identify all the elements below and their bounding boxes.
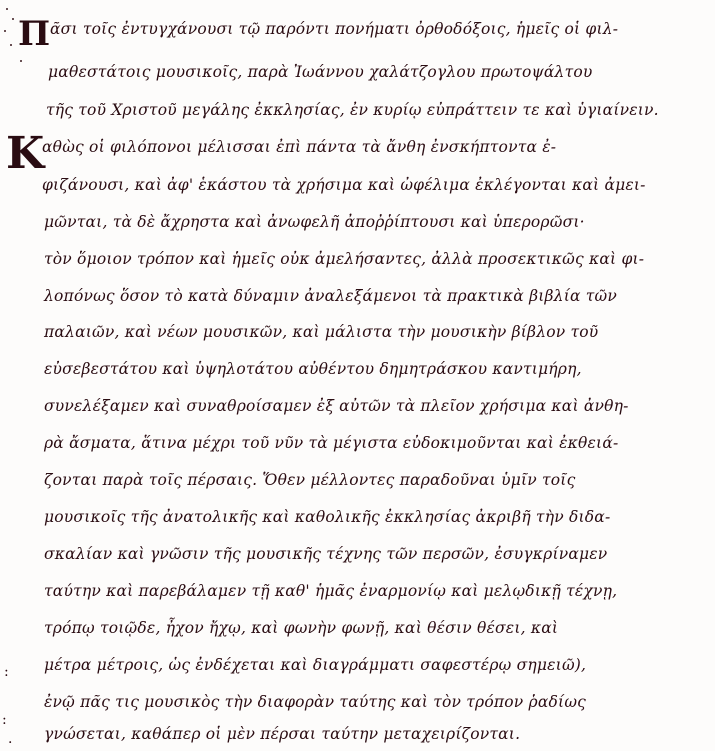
text-line-14: μουσικοῖς τῆς ἀνατολικῆς καὶ καθολικῆς ἐ…	[44, 508, 610, 526]
decorated-initial-kappa: Κ	[6, 128, 44, 179]
margin-mark-2: :	[2, 712, 7, 728]
margin-mark-3: ·	[8, 735, 12, 751]
decorated-initial-pi: Π	[18, 14, 50, 54]
text-line-10: εὐσεβεστάτου καὶ ὑψηλοτάτου αὐθέντου δημ…	[44, 360, 582, 378]
text-line-20: γνώσεται, καθάπερ οἱ μὲν πέρσαι ταύτην μ…	[44, 725, 520, 743]
text-line-7: τὸν ὅμοιον τρόπον καὶ ἡμεῖς οὐκ ἀμελήσαν…	[44, 250, 644, 268]
ink-speck	[12, 18, 14, 20]
ink-speck	[20, 60, 22, 62]
text-line-17: τρόπῳ τοιῷδε, ἦχον ἤχῳ, καὶ φωνὴν φωνῇ, …	[44, 619, 558, 637]
manuscript-page: Π Κ ᾶσι τοῖς ἐντυγχάνουσι τῷ παρόντι πον…	[0, 0, 715, 751]
text-line-1: ᾶσι τοῖς ἐντυγχάνουσι τῷ παρόντι πονήματ…	[50, 20, 618, 38]
text-line-12: ρὰ ἄσματα, ἅτινα μέχρι τοῦ νῦν τὰ μέγιστ…	[44, 434, 618, 452]
text-line-9: παλαιῶν, καὶ νέων μουσικῶν, καὶ μάλιστα …	[44, 323, 598, 341]
text-line-19: ἐνῷ πᾶς τις μουσικὸς τὴν διαφορὰν ταύτης…	[44, 693, 586, 711]
ink-speck	[10, 44, 12, 46]
text-line-11: συνελέξαμεν καὶ συναθροίσαμεν ἐξ αὐτῶν τ…	[44, 397, 629, 415]
text-line-2: μαθεστάτοις μουσικοῖς, παρὰ Ἰωάννου χαλά…	[48, 63, 593, 81]
text-line-3: τῆς τοῦ Χριστοῦ μεγάλης ἐκκλησίας, ἐν κυ…	[46, 101, 659, 119]
margin-mark-1: :	[4, 664, 9, 680]
text-line-5: φιζάνουσι, καὶ ἀφ' ἑκάστου τὰ χρήσιμα κα…	[42, 176, 646, 194]
ink-speck	[6, 8, 8, 10]
text-line-13: ζονται παρὰ τοῖς πέρσαις. Ὅθεν μέλλοντες…	[44, 471, 575, 489]
ink-speck	[4, 30, 6, 32]
text-line-18: μέτρα μέτροις, ὡς ἐνδέχεται καὶ διαγράμμ…	[44, 656, 586, 674]
text-line-16: ταύτην καὶ παρεβάλαμεν τῇ καθ' ἡμᾶς ἐναρ…	[44, 582, 617, 600]
text-line-8: λοπόνως ὅσον τὸ κατὰ δύναμιν ἀναλεξάμενο…	[44, 287, 617, 305]
text-line-15: σκαλίαν καὶ γνῶσιν τῆς μουσικῆς τέχνης τ…	[44, 545, 607, 563]
text-line-4: αθὼς οἱ φιλόπονοι μέλισσαι ἐπὶ πάντα τὰ …	[42, 138, 556, 156]
text-line-6: μῶνται, τὰ δὲ ἄχρηστα καὶ ἀνωφελῆ ἀποῤῥί…	[44, 213, 585, 231]
